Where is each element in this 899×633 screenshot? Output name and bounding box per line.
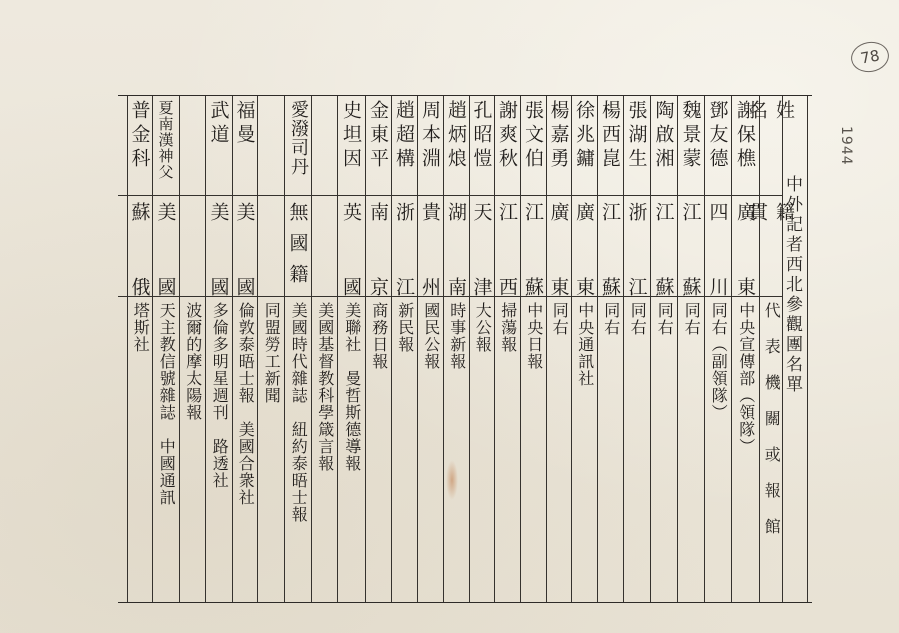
native-place-char: 廣 xyxy=(732,202,759,221)
roster-row: 徐兆鏞廣東中央通訊社 xyxy=(571,96,597,602)
represented-organization: 同右 xyxy=(651,302,677,592)
native-place-char: 南 xyxy=(365,202,392,221)
native-place: 美國 xyxy=(206,202,232,296)
roster-row: 史坦因英國美聯社 曼哲斯德導報 xyxy=(337,96,365,602)
roster-row: 楊西崑江蘇同右 xyxy=(597,96,623,602)
roster-row: 陶啟湘江蘇同右 xyxy=(650,96,677,602)
represented-organization: 大公報 xyxy=(470,302,494,592)
person-name: 鄧友德 xyxy=(705,100,731,198)
person-name: 徐兆鏞 xyxy=(572,100,597,198)
represented-organization: 同右 xyxy=(547,302,571,592)
represented-organization: 塔斯社 xyxy=(128,302,152,592)
person-name: 福曼 xyxy=(233,100,257,198)
page-number-text: 78 xyxy=(859,46,881,67)
native-place-char: 江 xyxy=(391,277,418,296)
native-place-char: 江 xyxy=(520,202,547,221)
native-place-char: 浙 xyxy=(624,202,651,221)
native-place-char: 國 xyxy=(153,277,180,296)
person-name: 陶啟湘 xyxy=(651,100,677,198)
roster-row: 愛潑司丹無國籍美國時代雜誌 紐約泰晤士報 xyxy=(284,96,311,602)
native-place: 江蘇 xyxy=(521,202,546,296)
person-name: 愛潑司丹 xyxy=(285,100,311,198)
native-place: 江蘇 xyxy=(651,202,677,296)
roster-row: 魏景蒙江蘇同右 xyxy=(677,96,704,602)
person-name xyxy=(258,100,284,198)
native-place-char: 美 xyxy=(232,202,259,221)
roster-row: 普金科蘇俄塔斯社 xyxy=(127,96,152,602)
native-place: 四川 xyxy=(705,202,731,296)
native-place-char: 東 xyxy=(571,277,598,296)
native-place: 廣東 xyxy=(732,202,759,296)
native-place-char: 國 xyxy=(206,277,233,296)
person-name: 武道 xyxy=(206,100,232,198)
header-column: 姓名籍貫代表機關或報館 xyxy=(759,96,782,602)
native-place: 江蘇 xyxy=(678,202,704,296)
native-place: 江蘇 xyxy=(598,202,623,296)
represented-organization: 多倫多明星週刊 路透社 xyxy=(206,302,232,592)
roster-row: 夏南漢神父美國天主教信號雜誌 中國通訊 xyxy=(152,96,179,602)
native-place-char: 四 xyxy=(705,202,732,221)
represented-organization: 掃蕩報 xyxy=(495,302,520,592)
person-name: 普金科 xyxy=(128,100,152,198)
native-place-char: 英 xyxy=(338,202,365,221)
represented-organization: 國民公報 xyxy=(418,302,443,592)
native-place xyxy=(258,202,284,296)
person-name: 夏南漢神父 xyxy=(153,100,179,198)
native-place xyxy=(180,202,205,296)
rust-stain xyxy=(446,460,458,500)
represented-organization: 同右 xyxy=(598,302,623,592)
person-name: 謝爽秋 xyxy=(495,100,520,198)
native-place-char: 廣 xyxy=(546,202,573,221)
native-place: 天津 xyxy=(470,202,494,296)
roster-row: 武道美國多倫多明星週刊 路透社 xyxy=(205,96,232,602)
native-place-char: 江 xyxy=(624,277,651,296)
native-place-char: 蘇 xyxy=(127,202,154,221)
roster-row: 美國基督教科學箴言報 xyxy=(311,96,337,602)
native-place-char: 東 xyxy=(546,277,573,296)
native-place-char: 美 xyxy=(206,202,233,221)
origin-org-divider xyxy=(118,296,782,297)
person-name: 史坦因 xyxy=(338,100,365,198)
person-name: 趙炳烺 xyxy=(444,100,469,198)
native-place-char: 川 xyxy=(705,277,732,296)
represented-organization: 波爾的摩太陽報 xyxy=(180,302,205,592)
native-place-char: 東 xyxy=(732,277,759,296)
native-place: 江西 xyxy=(495,202,520,296)
native-place-char: 貴 xyxy=(417,202,444,221)
represented-organization: 新民報 xyxy=(392,302,417,592)
name-origin-divider xyxy=(118,195,782,196)
represented-organization: 同右（副領隊） xyxy=(705,302,731,592)
person-name: 謝保樵 xyxy=(732,100,759,198)
native-place: 無國籍 xyxy=(285,202,311,296)
roster-row: 福曼美國倫敦泰晤士報 美國合衆社 xyxy=(232,96,257,602)
roster-row: 鄧友德四川同右（副領隊） xyxy=(704,96,731,602)
person-name xyxy=(180,100,205,198)
title-column xyxy=(782,96,808,602)
native-place: 貴州 xyxy=(418,202,443,296)
represented-organization: 中央宣傳部（領隊） xyxy=(732,302,759,592)
represented-organization: 中央通訊社 xyxy=(572,302,597,592)
native-place-char: 京 xyxy=(365,277,392,296)
roster-table: 姓名籍貫代表機關或報館謝保樵廣東中央宣傳部（領隊）鄧友德四川同右（副領隊）魏景蒙… xyxy=(118,95,812,603)
person-name: 趙超構 xyxy=(392,100,417,198)
represented-organization: 美國基督教科學箴言報 xyxy=(312,302,337,592)
native-place: 美國 xyxy=(233,202,257,296)
native-place: 南京 xyxy=(366,202,391,296)
native-place-char: 州 xyxy=(417,277,444,296)
native-place xyxy=(312,202,337,296)
roster-row: 楊嘉勇廣東同右 xyxy=(546,96,571,602)
roster-row: 謝保樵廣東中央宣傳部（領隊） xyxy=(731,96,759,602)
native-place: 湖南 xyxy=(444,202,469,296)
represented-organization: 同右 xyxy=(624,302,650,592)
header-origin: 籍貫 xyxy=(760,202,782,296)
represented-organization: 美國時代雜誌 紐約泰晤士報 xyxy=(285,302,311,592)
header-org: 代表機關或報館 xyxy=(760,302,782,592)
native-place-char: 蘇 xyxy=(520,277,547,296)
native-place: 廣東 xyxy=(572,202,597,296)
native-place: 浙江 xyxy=(624,202,650,296)
roster-row: 波爾的摩太陽報 xyxy=(179,96,205,602)
represented-organization: 中央日報 xyxy=(521,302,546,592)
header-name: 姓名 xyxy=(760,100,782,198)
represented-organization: 天主教信號雜誌 中國通訊 xyxy=(153,302,179,592)
native-place-char: 南 xyxy=(443,277,470,296)
native-place-char: 蘇 xyxy=(597,277,624,296)
person-name: 張湖生 xyxy=(624,100,650,198)
person-name: 楊嘉勇 xyxy=(547,100,571,198)
represented-organization: 同右 xyxy=(678,302,704,592)
native-place: 美國 xyxy=(153,202,179,296)
person-name: 魏景蒙 xyxy=(678,100,704,198)
native-place-char: 國 xyxy=(338,277,365,296)
person-name: 楊西崑 xyxy=(598,100,623,198)
native-place: 浙江 xyxy=(392,202,417,296)
native-place-char: 無國籍 xyxy=(285,202,312,295)
native-place-char: 美 xyxy=(153,202,180,221)
roster-row: 張文伯江蘇中央日報 xyxy=(520,96,546,602)
native-place-char: 湖 xyxy=(443,202,470,221)
native-place-char: 江 xyxy=(494,202,521,221)
native-place-char: 蘇 xyxy=(651,277,678,296)
native-place-char: 江 xyxy=(597,202,624,221)
person-name: 張文伯 xyxy=(521,100,546,198)
native-place-char: 江 xyxy=(651,202,678,221)
roster-row: 張湖生浙江同右 xyxy=(623,96,650,602)
margin-year-note: 1944 xyxy=(838,126,854,166)
native-place-char: 天 xyxy=(469,202,496,221)
native-place-char: 西 xyxy=(494,277,521,296)
native-place-char: 津 xyxy=(469,277,496,296)
native-place: 蘇俄 xyxy=(128,202,152,296)
native-place: 廣東 xyxy=(547,202,571,296)
native-place-char: 浙 xyxy=(391,202,418,221)
roster-row: 趙炳烺湖南時事新報 xyxy=(443,96,469,602)
represented-organization: 時事新報 xyxy=(444,302,469,592)
native-place-char: 廣 xyxy=(571,202,598,221)
roster-row: 同盟勞工新聞 xyxy=(257,96,284,602)
native-place: 英國 xyxy=(338,202,365,296)
roster-row: 周本淵貴州國民公報 xyxy=(417,96,443,602)
table-left-border xyxy=(127,96,128,602)
person-name: 金東平 xyxy=(366,100,391,198)
represented-organization: 倫敦泰晤士報 美國合衆社 xyxy=(233,302,257,592)
native-place-char: 俄 xyxy=(127,277,154,296)
represented-organization: 同盟勞工新聞 xyxy=(258,302,284,592)
person-name: 孔昭愷 xyxy=(470,100,494,198)
represented-organization: 商務日報 xyxy=(366,302,391,592)
roster-row: 金東平南京商務日報 xyxy=(365,96,391,602)
roster-row: 孔昭愷天津大公報 xyxy=(469,96,494,602)
roster-row: 謝爽秋江西掃蕩報 xyxy=(494,96,520,602)
person-name xyxy=(312,100,337,198)
native-place-char: 江 xyxy=(678,202,705,221)
native-place-char: 蘇 xyxy=(678,277,705,296)
represented-organization: 美聯社 曼哲斯德導報 xyxy=(338,302,365,592)
person-name: 周本淵 xyxy=(418,100,443,198)
roster-row: 趙超構浙江新民報 xyxy=(391,96,417,602)
native-place-char: 國 xyxy=(232,277,259,296)
